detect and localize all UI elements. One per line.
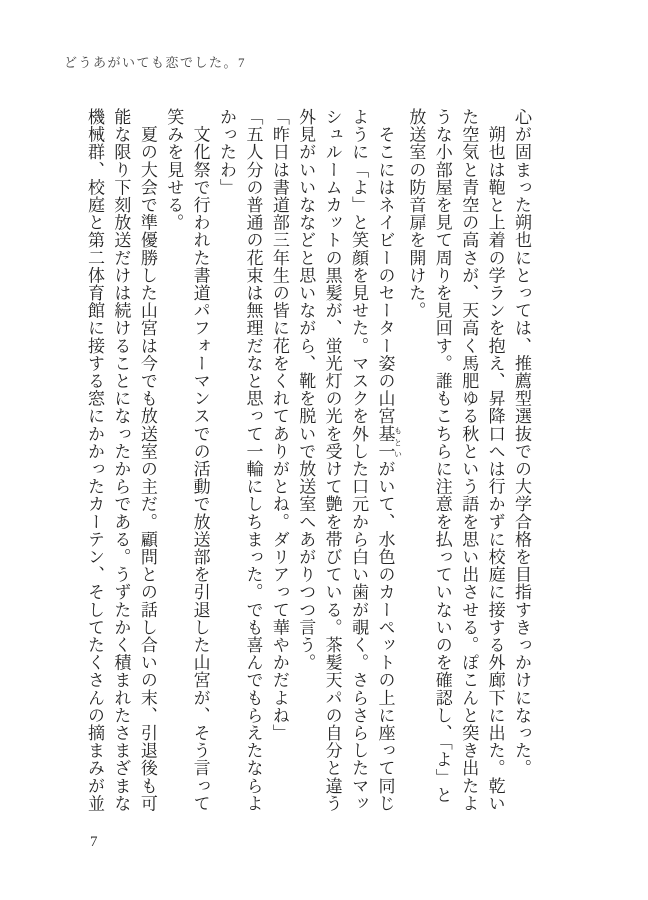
text-line: そこにはネイビーのセーター姿の山宮基一もといがいて、水色のカーペットの上に座って… [371,108,402,848]
text-line: 夏の大会で準優勝した山宮は今でも放送室の主だ。顧問との話し合いの末、引退後も可 [133,108,159,848]
text-line: 朔也は鞄と上着の学ランを抱え、昇降口へは行かずに校庭に接する外廊下に出た。乾い [481,108,507,848]
text-line: 機械群、校庭と第二体育館に接する窓にかかったカーテン、そしてたくさんの摘まみが並 [81,108,107,848]
ruby-annotated-name: 基一もとい [375,425,394,460]
text-line: 能な限り下刻放送だけは続けることになったからである。うずたかく積まれたさまざまな [107,108,133,848]
body-text: 心が固まった朔也にとっては、推薦型選抜での大学合格を目指すきっかけになった。 朔… [84,108,534,848]
running-header: どうあがいても恋でした。7 [64,52,246,71]
text-line: 放送室の防音扉を開けた。 [402,108,428,848]
text-line: 外見がいいななどと思いながら、靴を脱いで放送室へあがりつつ言う。 [292,108,318,848]
text-line: 心が固まった朔也にとっては、推薦型選抜での大学合格を目指すきっかけになった。 [508,108,534,848]
text-line: かったわ」 [213,108,239,848]
text-line: 文化祭で行われた書道パフォーマンスでの活動で放送部を引退した山宮が、そう言って [186,108,212,848]
text-line: 「五人分の普通の花束は無理だなと思って一輪にしちまった。でも喜んでもらえたならよ [239,108,265,848]
text-line: 笑みを見せる。 [160,108,186,848]
text-line: シュルームカットの黒髪が、蛍光灯の光を受けて艶を帯びている。茶髪天パの自分と違う [318,108,344,848]
text-line: うな小部屋を見て周りを見回す。誰もこちらに注意を払っていないのを確認し、「よ」と [428,108,454,848]
text-line: ように「よ」と笑顔を見せた。マスクを外した口元から白い歯が覗く。さらさらしたマッ [345,108,371,848]
page-number: 7 [90,834,98,851]
text-line: 「昨日は書道部三年生の皆に花をくれてありがとね。ダリアって華やかだよね」 [265,108,291,848]
text-line: た空気と青空の高さが、天高く馬肥ゆる秋という語を思い出させる。ぽこんと突き出たよ [455,108,481,848]
